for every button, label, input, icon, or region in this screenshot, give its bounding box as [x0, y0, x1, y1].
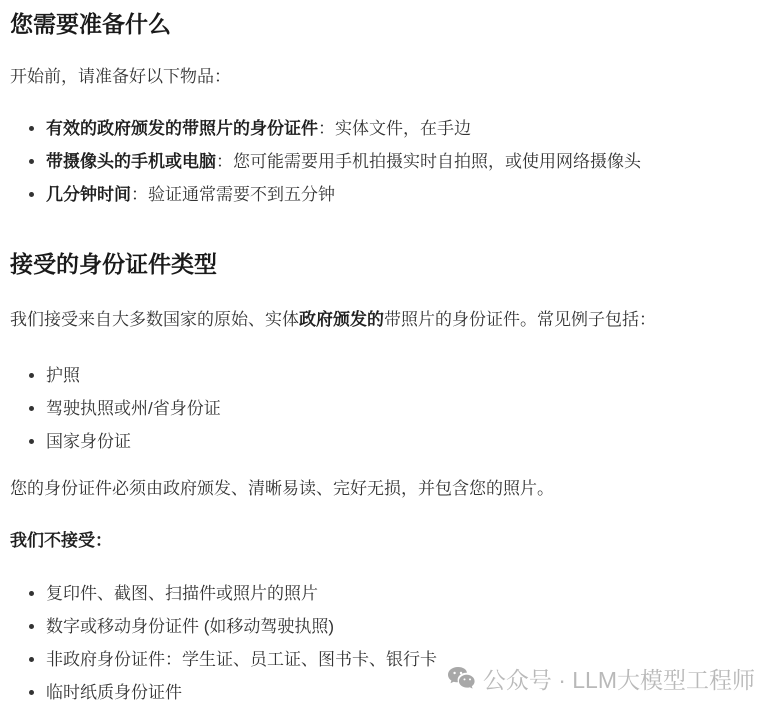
item-rest: ：您可能需要用手机拍摄实时自拍照，或使用网络摄像头: [216, 152, 641, 171]
list-item: 国家身份证: [46, 431, 755, 452]
list-item: 驾驶执照或州/省身份证: [46, 398, 755, 419]
watermark: 公众号 · LLM大模型工程师: [447, 662, 755, 695]
accepted-list: 护照 驾驶执照或州/省身份证 国家身份证: [10, 365, 755, 452]
item-rest: ：实体文件，在手边: [318, 119, 471, 138]
accepted-intro: 我们接受来自大多数国家的原始、实体政府颁发的带照片的身份证件。常见例子包括：: [10, 309, 755, 330]
item-rest: ：验证通常需要不到五分钟: [131, 185, 335, 204]
wechat-icon: [447, 666, 476, 691]
list-item: 数字或移动身份证件 (如移动驾驶执照): [46, 616, 755, 637]
list-item: 几分钟时间：验证通常需要不到五分钟: [46, 184, 755, 205]
article: 您需要准备什么 开始前，请准备好以下物品： 有效的政府颁发的带照片的身份证件：实…: [0, 0, 763, 703]
item-lead: 带摄像头的手机或电脑: [46, 152, 216, 171]
list-item: 护照: [46, 365, 755, 386]
section-heading-prepare: 您需要准备什么: [10, 12, 755, 36]
item-lead: 有效的政府颁发的带照片的身份证件: [46, 119, 318, 138]
list-item: 带摄像头的手机或电脑：您可能需要用手机拍摄实时自拍照，或使用网络摄像头: [46, 151, 755, 172]
intro-prefix: 我们接受来自大多数国家的原始、实体: [10, 310, 299, 329]
list-item: 复印件、截图、扫描件或照片的照片: [46, 583, 755, 604]
prepare-list: 有效的政府颁发的带照片的身份证件：实体文件，在手边 带摄像头的手机或电脑：您可能…: [10, 118, 755, 205]
prepare-intro: 开始前，请准备好以下物品：: [10, 66, 755, 87]
item-lead: 几分钟时间: [46, 185, 131, 204]
accepted-note: 您的身份证件必须由政府颁发、清晰易读、完好无损，并包含您的照片。: [10, 478, 755, 499]
intro-suffix: 带照片的身份证件。常见例子包括：: [384, 310, 656, 329]
not-accepted-heading: 我们不接受：: [10, 530, 755, 551]
watermark-text: 公众号 · LLM大模型工程师: [483, 662, 755, 695]
intro-bold: 政府颁发的: [299, 310, 384, 329]
list-item: 有效的政府颁发的带照片的身份证件：实体文件，在手边: [46, 118, 755, 139]
section-heading-accepted: 接受的身份证件类型: [10, 252, 755, 276]
